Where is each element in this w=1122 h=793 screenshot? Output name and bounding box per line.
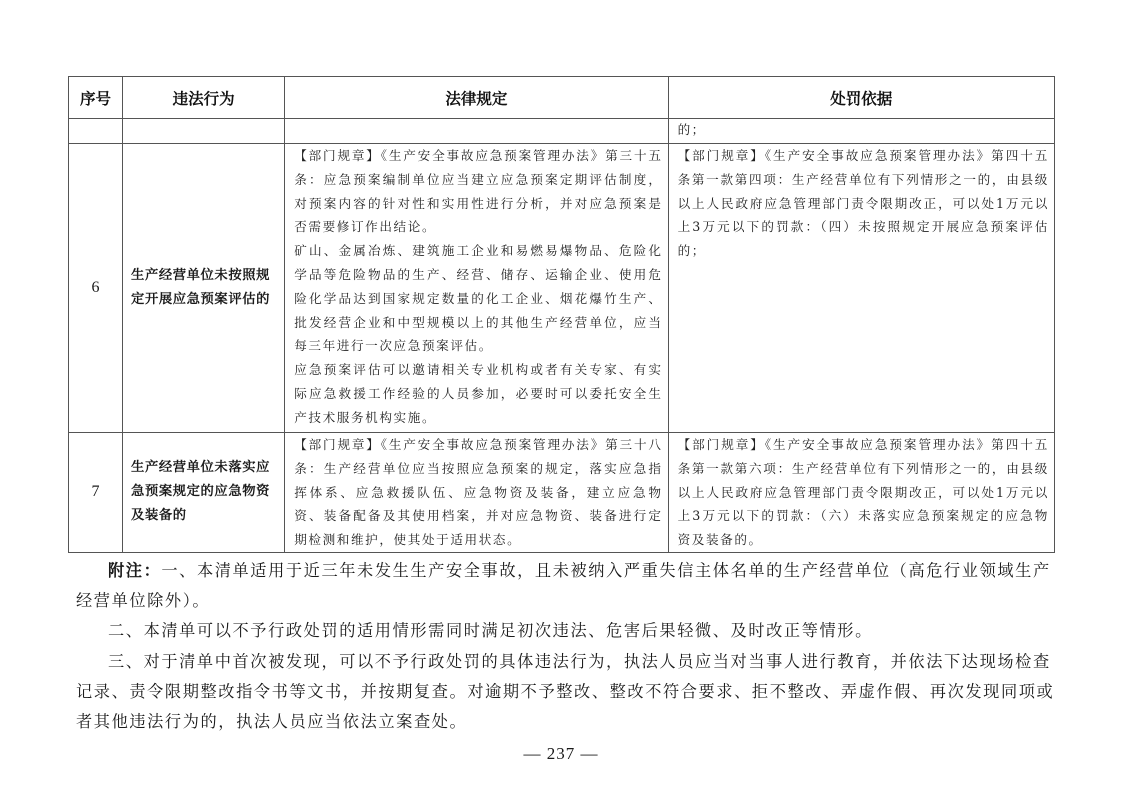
notes-section: 附注：一、本清单适用于近三年未发生生产安全事故，且未被纳入严重失信主体名单的生产… bbox=[76, 556, 1056, 737]
table-row: 7 生产经营单位未落实应急预案规定的应急物资及装备的 【部门规章】《生产安全事故… bbox=[69, 433, 1055, 553]
cell-number bbox=[69, 119, 123, 144]
cell-law: 【部门规章】《生产安全事故应急预案管理办法》第三十八条：生产经营单位应当按照应急… bbox=[285, 433, 668, 553]
law-paragraph: 矿山、金属冶炼、建筑施工企业和易燃易爆物品、危险化学品等危险物品的生产、经营、储… bbox=[294, 239, 662, 358]
notes-label: 附注： bbox=[108, 561, 161, 580]
cell-penalty: 【部门规章】《生产安全事故应急预案管理办法》第四十五条第一款第四项：生产经营单位… bbox=[668, 144, 1054, 433]
table-row-continuation: 的； bbox=[69, 119, 1055, 144]
header-penalty: 处罚依据 bbox=[668, 77, 1054, 119]
cell-penalty: 的； bbox=[668, 119, 1054, 144]
cell-penalty: 【部门规章】《生产安全事故应急预案管理办法》第四十五条第一款第六项：生产经营单位… bbox=[668, 433, 1054, 553]
note-item-3: 三、对于清单中首次被发现，可以不予行政处罚的具体违法行为，执法人员应当对当事人进… bbox=[76, 647, 1056, 738]
cell-number: 6 bbox=[69, 144, 123, 433]
cell-law: 【部门规章】《生产安全事故应急预案管理办法》第三十五条：应急预案编制单位应当建立… bbox=[285, 144, 668, 433]
law-paragraph: 应急预案评估可以邀请相关专业机构或者有关专家、有实际应急救援工作经验的人员参加，… bbox=[294, 358, 662, 429]
cell-law bbox=[285, 119, 668, 144]
table-header-row: 序号 违法行为 法律规定 处罚依据 bbox=[69, 77, 1055, 119]
cell-behavior: 生产经营单位未落实应急预案规定的应急物资及装备的 bbox=[123, 433, 285, 553]
law-paragraph: 【部门规章】《生产安全事故应急预案管理办法》第三十八条：生产经营单位应当按照应急… bbox=[294, 433, 662, 552]
law-paragraph: 【部门规章】《生产安全事故应急预案管理办法》第三十五条：应急预案编制单位应当建立… bbox=[294, 144, 662, 239]
regulation-table: 序号 违法行为 法律规定 处罚依据 的； 6 生产经营单位未按照规定开展应急预案… bbox=[68, 76, 1055, 553]
header-law: 法律规定 bbox=[285, 77, 668, 119]
header-behavior: 违法行为 bbox=[123, 77, 285, 119]
header-number: 序号 bbox=[69, 77, 123, 119]
page-number: — 237 — bbox=[0, 744, 1122, 764]
table-row: 6 生产经营单位未按照规定开展应急预案评估的 【部门规章】《生产安全事故应急预案… bbox=[69, 144, 1055, 433]
note-text-1: 一、本清单适用于近三年未发生生产安全事故，且未被纳入严重失信主体名单的生产经营单… bbox=[76, 561, 1051, 610]
cell-number: 7 bbox=[69, 433, 123, 553]
note-item-1: 附注：一、本清单适用于近三年未发生生产安全事故，且未被纳入严重失信主体名单的生产… bbox=[76, 556, 1056, 616]
note-item-2: 二、本清单可以不予行政处罚的适用情形需同时满足初次违法、危害后果轻微、及时改正等… bbox=[76, 616, 1056, 646]
cell-behavior bbox=[123, 119, 285, 144]
cell-behavior: 生产经营单位未按照规定开展应急预案评估的 bbox=[123, 144, 285, 433]
